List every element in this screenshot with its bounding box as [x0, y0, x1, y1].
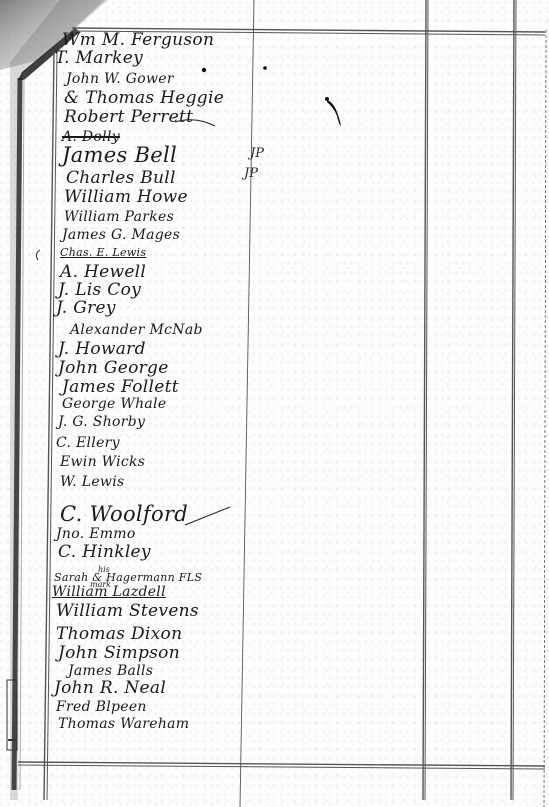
signature-entry: Alexander McNab — [70, 323, 203, 337]
signature-entry: Ewin Wicks — [60, 455, 145, 469]
signature-entry: Thomas Dixon — [56, 626, 182, 643]
signature-list: Wm M. Ferguson T. Markey John W. Gower &… — [0, 0, 549, 807]
signature-entry: & Thomas Heggie — [64, 90, 224, 107]
signature-entry: William Stevens — [56, 603, 199, 620]
signature-entry: John George — [58, 360, 169, 377]
signature-entry: Jno. Emmo — [56, 527, 136, 541]
signature-entry: James Balls — [68, 664, 153, 678]
signature-entry: William Howe — [64, 189, 188, 206]
signature-entry: J. Grey — [56, 300, 116, 317]
signature-entry: John Simpson — [58, 645, 180, 662]
his-mark-annotation: mark — [90, 580, 111, 589]
signature-entry: J. Howard — [58, 341, 146, 358]
signature-entry-struck: A. Dolly — [62, 130, 120, 144]
jp-annotation: JP — [250, 146, 264, 161]
signature-entry: William Parkes — [64, 210, 174, 224]
signature-entry: Robert Perrett — [64, 109, 193, 126]
signature-entry: A. Hewell — [60, 264, 146, 281]
signature-entry: Thomas Wareham — [58, 717, 189, 731]
signature-entry: Sarah & Hagermann FLS — [54, 572, 202, 583]
signature-entry: Charles Bull — [66, 170, 176, 187]
signature-entry: James G. Mages — [62, 228, 180, 242]
signature-entry: W. Lewis — [60, 475, 124, 489]
signature-entry: John W. Gower — [66, 72, 174, 86]
signature-entry: Chas. E. Lewis — [60, 247, 146, 258]
signature-entry: J. G. Shorby — [58, 415, 145, 429]
ledger-page: Wm M. Ferguson T. Markey John W. Gower &… — [0, 0, 549, 807]
signature-entry: Wm M. Ferguson — [62, 32, 214, 49]
signature-entry: Fred Blpeen — [56, 700, 147, 714]
signature-entry: John R. Neal — [54, 680, 166, 697]
his-mark-annotation: his — [98, 565, 110, 574]
signature-entry: C. Woolford — [60, 504, 188, 525]
signature-entry: George Whale — [62, 397, 166, 411]
signature-entry: J. Lis Coy — [58, 282, 141, 299]
signature-entry: C. Ellery — [56, 436, 120, 450]
signature-entry: James Bell — [62, 145, 177, 166]
signature-entry: T. Markey — [55, 50, 143, 67]
jp-annotation: JP — [244, 166, 258, 181]
signature-entry: C. Hinkley — [58, 544, 151, 561]
signature-entry: James Follett — [62, 379, 179, 396]
